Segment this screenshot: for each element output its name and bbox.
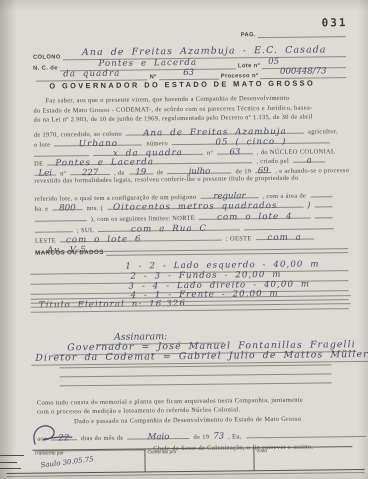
- document-content: 031 PAG. COLONO Ana de Freitas Azambuja …: [0, 0, 368, 479]
- print-text: , e achando-se o processo: [275, 167, 349, 175]
- visto-label: Visto: [254, 447, 352, 454]
- pag-field: PAG.: [241, 31, 348, 38]
- scan-artifact: [0, 455, 24, 456]
- blank-line: [258, 36, 346, 38]
- transcrito-cell: Transcrito por Saulo 30.05.75: [32, 449, 144, 472]
- processo-value: 000448/73: [280, 66, 327, 77]
- blank-rule: [60, 382, 332, 386]
- closing-line-3: Dado e passado na Companhia de Desenvolv…: [74, 416, 301, 426]
- print-text: nº: [60, 170, 66, 177]
- body-line-1: Faz saber, aos que o presente virem, que…: [45, 95, 289, 105]
- transcrito-hand: Saulo 30.05.75: [40, 456, 94, 469]
- conferido-label: Conferido por: [145, 448, 253, 455]
- scan-artifact: [0, 462, 17, 463]
- no-value: 63: [183, 68, 194, 78]
- visto-cell: Visto: [253, 447, 352, 470]
- conferido-cell: Conferido por: [144, 448, 253, 471]
- pag-label: PAG.: [241, 32, 256, 38]
- diretor-signature-row: Diretor da Codemat = Gabriel Julio de Ma…: [31, 345, 349, 366]
- closing-line-2: com o processo de medição e loteamento d…: [37, 406, 241, 415]
- scanned-document-page: 031 PAG. COLONO Ana de Freitas Azambuja …: [0, 0, 368, 479]
- blank-rule: [60, 373, 332, 377]
- quadra-hand-value: da quadra: [63, 69, 120, 80]
- marcos-label: MARCOS OU DADOS: [35, 249, 104, 257]
- page-number: 031: [321, 16, 347, 29]
- closing-line-1: Como tudo consta do memorial e planta qu…: [37, 397, 303, 407]
- signature-flourish: [28, 422, 74, 449]
- scan-artifact: [0, 468, 21, 469]
- diretor-signature: Diretor da Codemat = Gabriel Julio de Ma…: [35, 349, 368, 364]
